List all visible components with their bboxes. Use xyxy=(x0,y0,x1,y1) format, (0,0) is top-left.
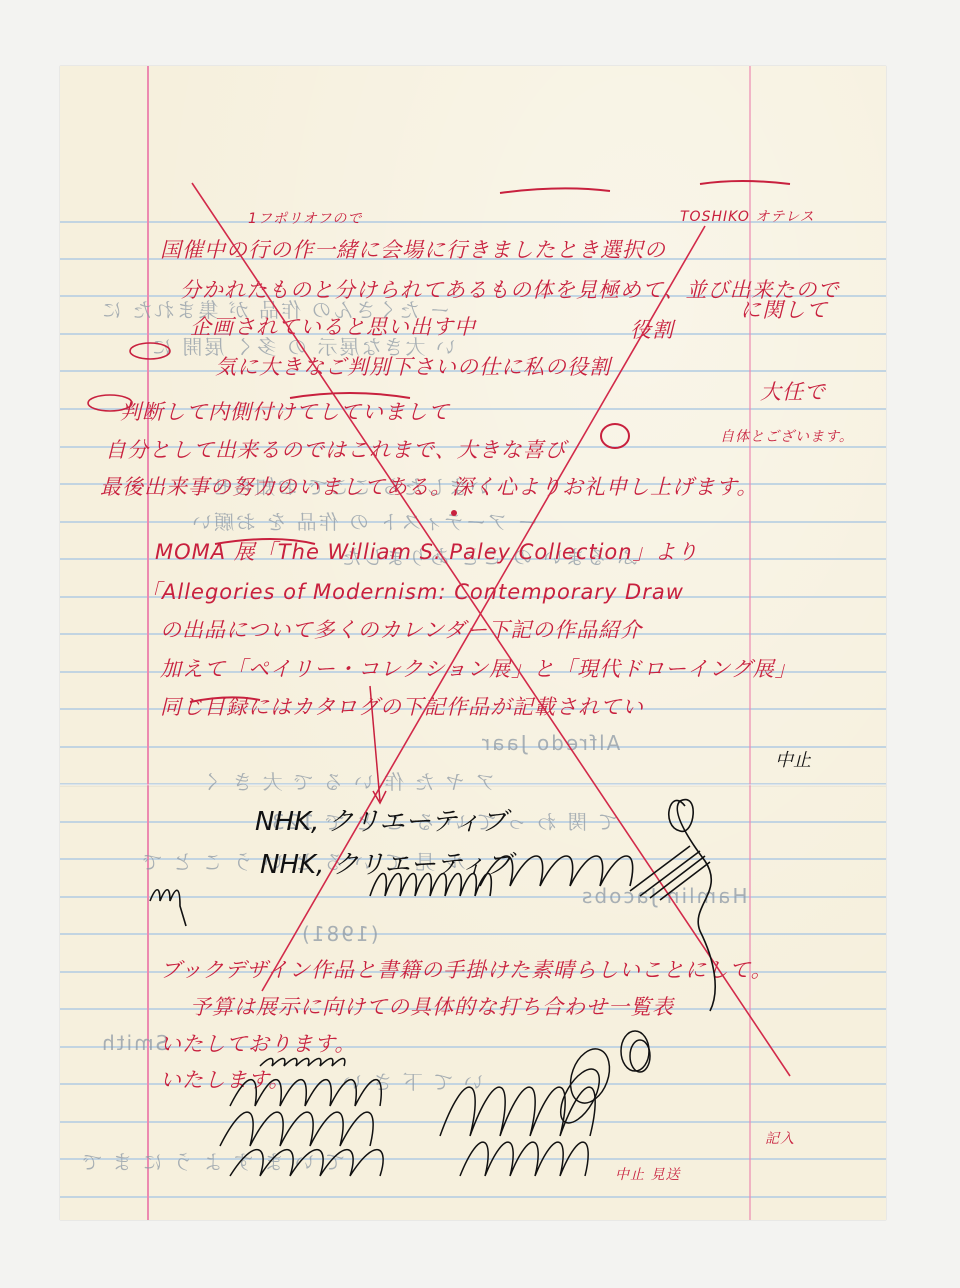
black-scribble xyxy=(150,800,715,1011)
manuscript-paper: ー たくさんの 作品 が 集まれた に い 大きな展示 の 多く 展開 に いま… xyxy=(60,66,886,1220)
red-x-stroke xyxy=(192,183,790,1076)
black-scribble-bottom xyxy=(220,1031,650,1176)
annotation-strokes xyxy=(60,66,886,1220)
